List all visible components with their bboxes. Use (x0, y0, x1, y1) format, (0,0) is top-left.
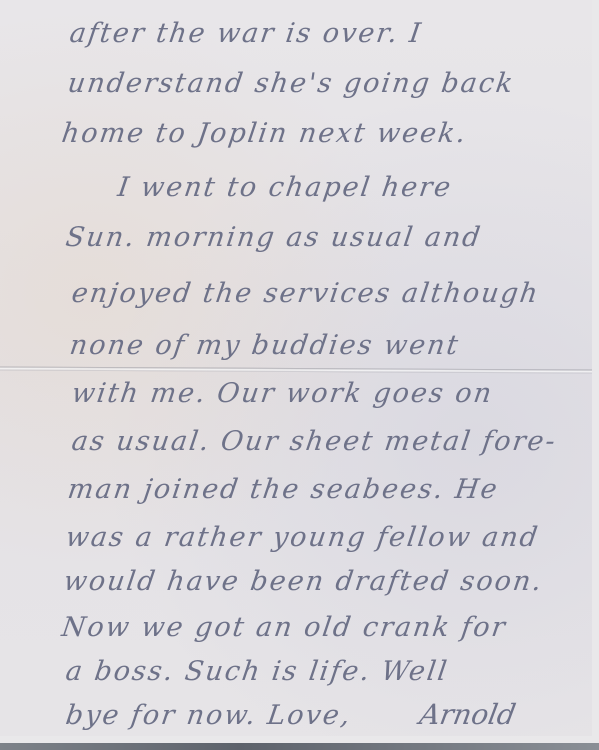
letter-line-3: home to Joplin next week. (60, 118, 469, 149)
letter-line-15: bye for now. Love, (64, 700, 354, 731)
letter-line-7: none of my buddies went (68, 330, 462, 361)
letter-line-4: I went to chapel here (116, 172, 455, 203)
letter-line-11: was a rather young fellow and (64, 522, 542, 553)
letter-line-8: with me. Our work goes on (70, 378, 496, 409)
letter-line-5: Sun. morning as usual and (64, 222, 484, 253)
letter-line-6: enjoyed the services although (70, 278, 542, 309)
letter-line-2: understand she's going back (66, 68, 517, 99)
letter-line-1: after the war is over. I (68, 18, 425, 49)
letter-line-14: a boss. Such is life. Well (64, 656, 451, 687)
letter-page: after the war is over. I understand she'… (0, 0, 592, 736)
letter-line-13: Now we got an old crank for (60, 612, 509, 643)
signature: Arnold (417, 698, 518, 731)
letter-line-12: would have been drafted soon. (62, 566, 545, 597)
paper-fold-crease (0, 366, 592, 373)
letter-line-9: as usual. Our sheet metal fore- (70, 426, 559, 457)
letter-line-10: man joined the seabees. He (66, 474, 501, 505)
